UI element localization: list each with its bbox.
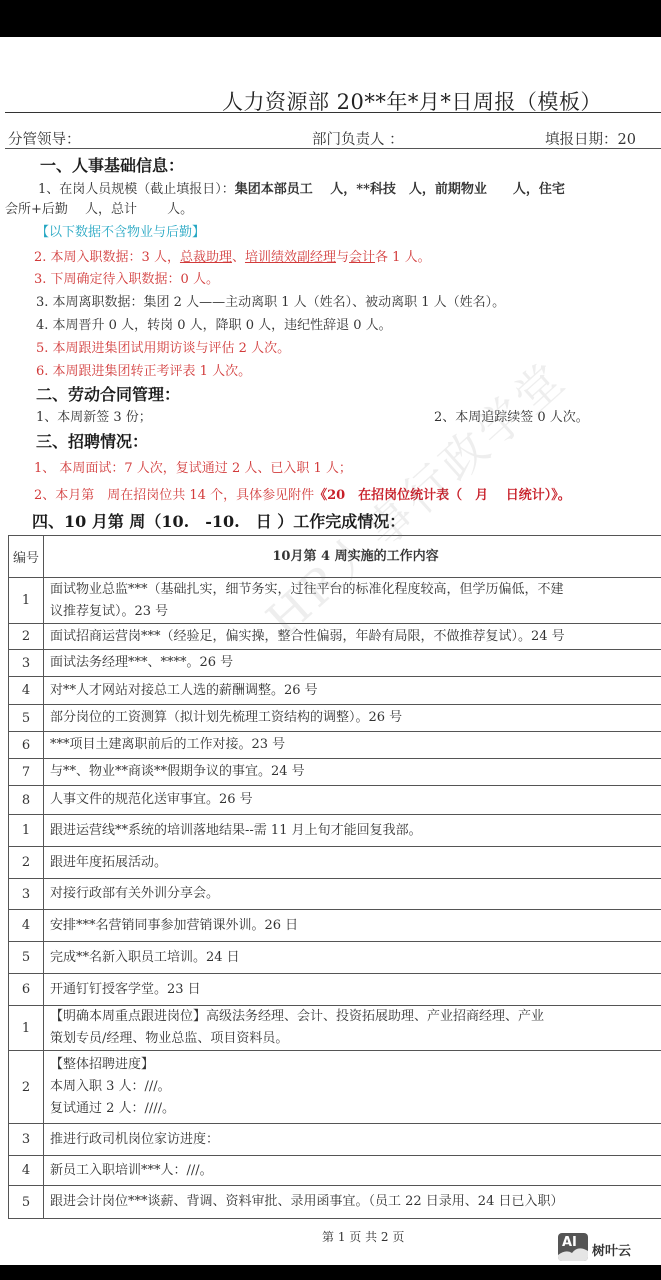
item2-position-3: 会计 bbox=[349, 250, 375, 265]
section1-item5: 5. 本周跟进集团试用期访谈与评估 2 人次。 bbox=[36, 337, 290, 356]
section1-item6: 6. 本周跟进集团转正考评表 1 人次。 bbox=[36, 360, 251, 379]
row-number: 2 bbox=[9, 847, 44, 879]
table-header-row: 编号 10月第 4 周实施的工作内容 bbox=[9, 536, 661, 578]
ai-logo-icon: AI bbox=[558, 1233, 588, 1261]
section1-item1-line1: 1、在岗人员规模（截止填报日）：集团本部员工 人，**科技 人，前期物业 人，住… bbox=[38, 178, 565, 197]
table-row: 6 ***项目土建离职前后的工作对接。23 号 bbox=[9, 732, 661, 759]
row-content: 人事文件的规范化送审事宜。26 号 bbox=[44, 786, 661, 815]
table-row: 5 完成**名新入职员工培训。24 日 bbox=[9, 942, 661, 974]
item2-prefix: 2. 本周入职数据：3 人， bbox=[34, 250, 180, 265]
row-line: 议推荐复试）。23 号 bbox=[50, 601, 661, 623]
table-row: 7 与**、物业**商谈**假期争议的事宜。24 号 bbox=[9, 759, 661, 786]
row-content: 跟进会计岗位***谈薪、背调、资料审批、录用函事宜。（员工 22 日录用、24 … bbox=[44, 1186, 661, 1219]
item2-sep2: 与 bbox=[336, 250, 349, 265]
table-row: 8 人事文件的规范化送审事宜。26 号 bbox=[9, 786, 661, 815]
item2-sep1: 、 bbox=[232, 250, 245, 265]
row-line: 策划专员/经理、物业总监、项目资料员。 bbox=[50, 1028, 661, 1050]
item1-prefix: 1、在岗人员规模（截止填报日）： bbox=[38, 182, 235, 197]
section2-item1: 1、本周新签 3 份； bbox=[36, 406, 152, 425]
row-line: 面试物业总监***（基础扎实，细节务实，过往平台的标准化程度较高，但学历偏低，不… bbox=[50, 579, 661, 601]
row-content: 【明确本周重点跟进岗位】高级法务经理、会计、投资拓展助理、产业招商经理、产业 策… bbox=[44, 1006, 661, 1051]
row-number: 3 bbox=[9, 650, 44, 677]
section1-item4: 4. 本周晋升 0 人，转岗 0 人，降职 0 人，违纪性辞退 0 人。 bbox=[36, 314, 392, 333]
row-number: 8 bbox=[9, 786, 44, 815]
title-underline bbox=[5, 112, 661, 113]
table-row: 3 推进行政司机岗位家访进度： bbox=[9, 1124, 661, 1156]
bottom-black-bar bbox=[0, 1265, 661, 1280]
row-line: 本周入职 3 人：///。 bbox=[50, 1076, 661, 1098]
row-number: 4 bbox=[9, 1156, 44, 1186]
row-content: 跟进年度拓展活动。 bbox=[44, 847, 661, 879]
section1-item3a: 3. 下周确定待入职数据：0 人。 bbox=[34, 268, 219, 287]
row-number: 5 bbox=[9, 942, 44, 974]
table-row: 4 安排***名营销同事参加营销课外训。26 日 bbox=[9, 910, 661, 942]
row-content: 安排***名营销同事参加营销课外训。26 日 bbox=[44, 910, 661, 942]
row-content: 部分岗位的工资测算（拟计划先梳理工资结构的调整）。26 号 bbox=[44, 705, 661, 732]
row-content: ***项目土建离职前后的工作对接。23 号 bbox=[44, 732, 661, 759]
row-line: 【明确本周重点跟进岗位】高级法务经理、会计、投资拓展助理、产业招商经理、产业 bbox=[50, 1006, 661, 1028]
row-content: 面试招商运营岗***（经验足，偏实操，整合性偏弱，年龄有局限，不做推荐复试）。2… bbox=[44, 624, 661, 650]
table-row: 1 【明确本周重点跟进岗位】高级法务经理、会计、投资拓展助理、产业招商经理、产业… bbox=[9, 1006, 661, 1051]
row-number: 1 bbox=[9, 578, 44, 624]
table-row: 3 对接行政部有关外训分享会。 bbox=[9, 879, 661, 910]
supervisor-label: 分管领导： bbox=[8, 128, 81, 149]
row-content: 完成**名新入职员工培训。24 日 bbox=[44, 942, 661, 974]
table-row: 4 对**人才网站对接总工人选的薪酬调整。26 号 bbox=[9, 677, 661, 705]
row-number: 5 bbox=[9, 705, 44, 732]
top-black-bar bbox=[0, 0, 661, 37]
table-row: 6 开通钉钉授客学堂。23 日 bbox=[9, 974, 661, 1006]
section1-item3b: 3. 本周离职数据：集团 2 人——主动离职 1 人（姓名）、被动离职 1 人（… bbox=[36, 291, 505, 310]
table-row: 2 跟进年度拓展活动。 bbox=[9, 847, 661, 879]
row-number: 4 bbox=[9, 677, 44, 705]
brand-name: 树叶云 bbox=[592, 1240, 631, 1259]
row-content: 与**、物业**商谈**假期争议的事宜。24 号 bbox=[44, 759, 661, 786]
table-row: 4 新员工入职培训***人：///。 bbox=[9, 1156, 661, 1186]
row-content: 对接行政部有关外训分享会。 bbox=[44, 879, 661, 910]
row-content: 推进行政司机岗位家访进度： bbox=[44, 1124, 661, 1156]
section1-heading: 一、人事基础信息： bbox=[40, 153, 184, 176]
row-number: 2 bbox=[9, 1051, 44, 1124]
row-content: 跟进运营线**系统的培训落地结果--需 11 月上旬才能回复我部。 bbox=[44, 815, 661, 847]
row-line: 【整体招聘进度】 bbox=[50, 1054, 661, 1076]
page-number: 第 1 页 共 2 页 bbox=[322, 1228, 404, 1245]
section4-heading: 四、10 月第 周（10. -10. 日 ）工作完成情况： bbox=[32, 509, 405, 532]
attachment-reference: 《20 在招岗位统计表（ 月 日统计）》。 bbox=[314, 488, 571, 503]
table-row: 2 【整体招聘进度】 本周入职 3 人：///。 复试通过 2 人：////。 bbox=[9, 1051, 661, 1124]
work-table: 编号 10月第 4 周实施的工作内容 1 面试物业总监***（基础扎实，细节务实… bbox=[8, 535, 661, 1219]
row-content: 面试法务经理***、****。26 号 bbox=[44, 650, 661, 677]
row-number: 6 bbox=[9, 974, 44, 1006]
data-note: 【以下数据不含物业与后勤】 bbox=[36, 221, 205, 240]
item2-prefix: 2、本月第 周在招岗位共 14 个，具体参见附件 bbox=[34, 488, 314, 503]
item2-position-2: 培训绩效副经理 bbox=[245, 250, 336, 265]
row-number: 3 bbox=[9, 879, 44, 910]
section3-heading: 三、招聘情况： bbox=[36, 429, 148, 452]
dept-head-label: 部门负责人 ： bbox=[312, 128, 404, 149]
section2-item2: 2、本周追踪续签 0 人次。 bbox=[434, 406, 589, 425]
header-content: 10月第 4 周实施的工作内容 bbox=[44, 536, 661, 578]
section1-item1-line2: 会所+后勤 人，总计 人。 bbox=[5, 198, 193, 217]
item2-suffix: 各 1 人。 bbox=[375, 250, 431, 265]
section2-heading: 二、劳动合同管理： bbox=[36, 382, 180, 405]
row-content: 对**人才网站对接总工人选的薪酬调整。26 号 bbox=[44, 677, 661, 705]
table-row: 5 跟进会计岗位***谈薪、背调、资料审批、录用函事宜。（员工 22 日录用、2… bbox=[9, 1186, 661, 1219]
section3-item1: 1、 本周面试：7 人次，复试通过 2 人、已入职 1 人； bbox=[34, 457, 352, 476]
row-content: 面试物业总监***（基础扎实，细节务实，过往平台的标准化程度较高，但学历偏低，不… bbox=[44, 578, 661, 624]
row-number: 4 bbox=[9, 910, 44, 942]
header-number: 编号 bbox=[9, 536, 44, 578]
table-row: 1 面试物业总监***（基础扎实，细节务实，过往平台的标准化程度较高，但学历偏低… bbox=[9, 578, 661, 624]
row-number: 6 bbox=[9, 732, 44, 759]
meta-underline bbox=[5, 148, 661, 149]
row-line: 复试通过 2 人：////。 bbox=[50, 1098, 661, 1120]
table-row: 1 跟进运营线**系统的培训落地结果--需 11 月上旬才能回复我部。 bbox=[9, 815, 661, 847]
row-number: 1 bbox=[9, 815, 44, 847]
row-number: 3 bbox=[9, 1124, 44, 1156]
row-content: 新员工入职培训***人：///。 bbox=[44, 1156, 661, 1186]
table-row: 5 部分岗位的工资测算（拟计划先梳理工资结构的调整）。26 号 bbox=[9, 705, 661, 732]
row-number: 2 bbox=[9, 624, 44, 650]
fill-date-label: 填报日期：20 bbox=[545, 128, 636, 149]
row-content: 开通钉钉授客学堂。23 日 bbox=[44, 974, 661, 1006]
item1-bold: 集团本部员工 人，**科技 人，前期物业 人，住宅 bbox=[235, 182, 565, 197]
section3-item2: 2、本月第 周在招岗位共 14 个，具体参见附件《20 在招岗位统计表（ 月 日… bbox=[34, 484, 571, 503]
row-number: 1 bbox=[9, 1006, 44, 1051]
section1-item2: 2. 本周入职数据：3 人，总裁助理、培训绩效副经理与会计各 1 人。 bbox=[34, 246, 431, 265]
row-number: 5 bbox=[9, 1186, 44, 1219]
table-row: 2 面试招商运营岗***（经验足，偏实操，整合性偏弱，年龄有局限，不做推荐复试）… bbox=[9, 624, 661, 650]
row-number: 7 bbox=[9, 759, 44, 786]
item2-position-1: 总裁助理 bbox=[180, 250, 232, 265]
table-row: 3 面试法务经理***、****。26 号 bbox=[9, 650, 661, 677]
row-content: 【整体招聘进度】 本周入职 3 人：///。 复试通过 2 人：////。 bbox=[44, 1051, 661, 1124]
mountain-icon bbox=[558, 1233, 588, 1261]
